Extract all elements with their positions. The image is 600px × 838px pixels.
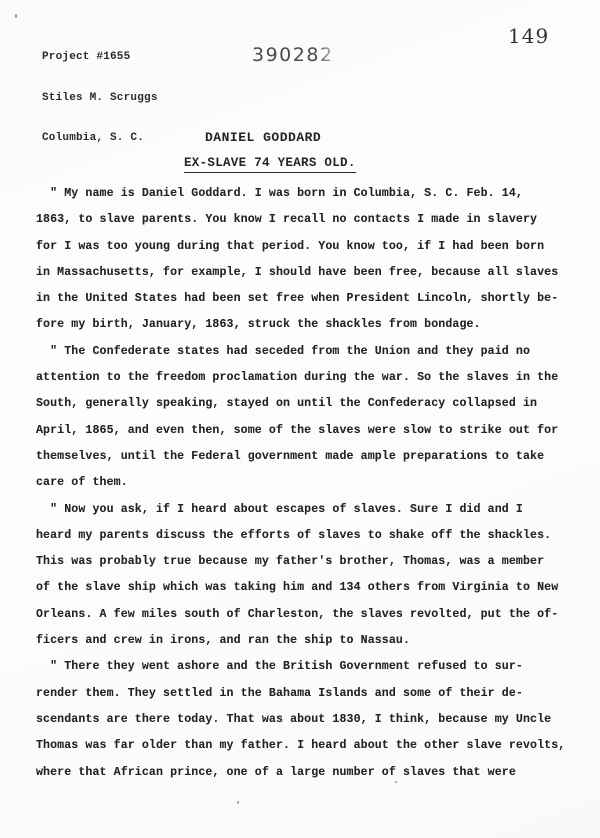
text-line: South, generally speaking, stayed on unt… <box>36 391 576 417</box>
text-line: 1863, to slave parents. You know I recal… <box>36 207 576 233</box>
text-line: of the slave ship which was taking him a… <box>36 575 576 601</box>
text-line: This was probably true because my father… <box>36 549 576 575</box>
document-subtitle: EX-SLAVE 74 YEARS OLD. <box>184 156 356 173</box>
location: Columbia, S. C. <box>42 132 158 146</box>
text-line: April, 1865, and even then, some of the … <box>36 418 576 444</box>
text-line: " My name is Daniel Goddard. I was born … <box>36 181 576 207</box>
text-line: where that African prince, one of a larg… <box>36 760 576 786</box>
scanned-document-page: Project #1655 Stiles M. Scruggs Columbia… <box>0 0 600 838</box>
text-line: themselves, until the Federal government… <box>36 444 576 470</box>
scan-speck <box>15 14 17 18</box>
text-line: " The Confederate states had seceded fro… <box>36 339 576 365</box>
text-line: for I was too young during that period. … <box>36 234 576 260</box>
document-title: DANIEL GODDARD <box>205 130 321 145</box>
stamp-number: 390282 <box>252 44 334 66</box>
text-line: fore my birth, January, 1863, struck the… <box>36 312 576 338</box>
text-line: scendants are there today. That was abou… <box>36 707 576 733</box>
text-line: " Now you ask, if I heard about escapes … <box>36 497 576 523</box>
text-line: Orleans. A few miles south of Charleston… <box>36 602 576 628</box>
text-line: attention to the freedom proclamation du… <box>36 365 576 391</box>
text-line: ficers and crew in irons, and ran the sh… <box>36 628 576 654</box>
scan-speck <box>395 781 397 783</box>
author-name: Stiles M. Scruggs <box>42 92 158 106</box>
text-line: " There they went ashore and the British… <box>36 654 576 680</box>
text-line: in Massachusetts, for example, I should … <box>36 260 576 286</box>
document-header: Project #1655 Stiles M. Scruggs Columbia… <box>42 24 158 173</box>
document-body: " My name is Daniel Goddard. I was born … <box>36 181 576 786</box>
text-line: heard my parents discuss the efforts of … <box>36 523 576 549</box>
text-line: Thomas was far older than my father. I h… <box>36 733 576 759</box>
text-line: render them. They settled in the Bahama … <box>36 681 576 707</box>
text-line: care of them. <box>36 470 576 496</box>
project-number: Project #1655 <box>42 51 158 65</box>
scan-speck <box>237 801 239 804</box>
page-number: 149 <box>508 24 549 48</box>
text-line: in the United States had been set free w… <box>36 286 576 312</box>
